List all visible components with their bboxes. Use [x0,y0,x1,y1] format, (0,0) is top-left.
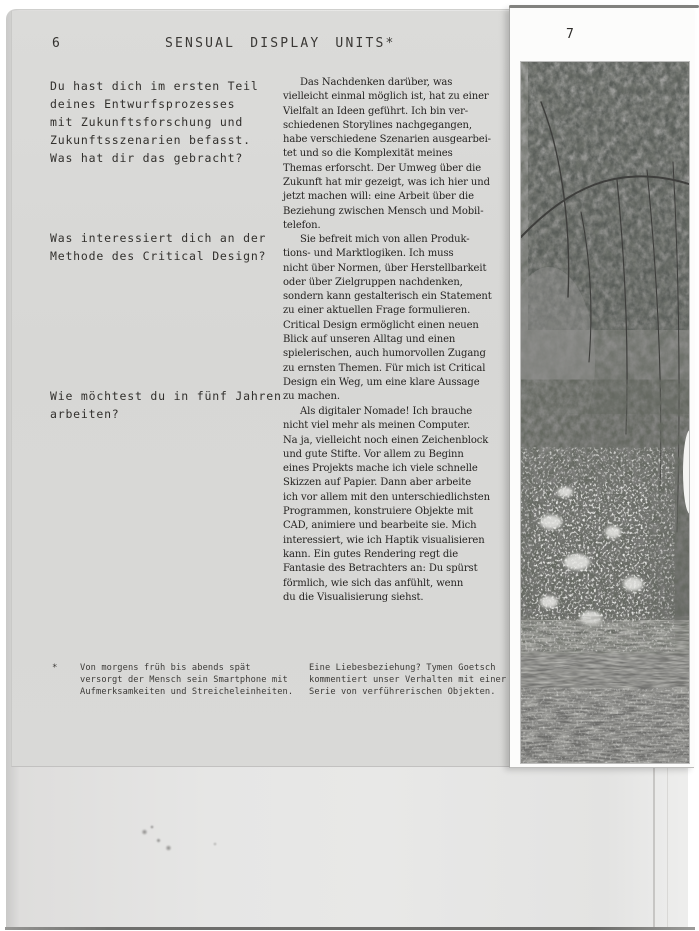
footnote-right: Eine Liebesbeziehung? Tymen Goetsch komm… [309,663,534,698]
page-number-left: 6 [52,36,61,51]
interview-answer-2: Sie befreit mich von allen Produk- tions… [283,233,545,405]
interview-question-2: Was interessiert dich an der Methode des… [50,229,302,265]
scan-smudge [156,838,161,843]
footnote-marker: * [52,663,58,675]
right-page: 7 [509,7,694,768]
page-title: SENSUAL DISPLAY UNITS* [165,36,396,51]
nature-photo [521,62,689,763]
scan-smudge [213,842,217,846]
scan-smudge [141,829,148,835]
page-number-right: 7 [566,27,574,42]
left-page: 6 SENSUAL DISPLAY UNITS* Du hast dich im… [11,11,516,767]
interview-question-1: Du hast dich im ersten Teil deines Entwu… [50,77,302,167]
page-bottom-edge [5,927,695,930]
footnote-left: Von morgens früh bis abends spät versorg… [80,663,310,698]
scanned-book-spread: 6 SENSUAL DISPLAY UNITS* Du hast dich im… [0,0,699,931]
scan-smudge [150,825,154,829]
page-top-edge [509,5,699,8]
page-edge-line [653,766,655,927]
page-edge-line [667,766,668,927]
interview-answer-3: Als digitaler Nomade! Ich brauche nicht … [283,405,545,605]
scan-smudge [165,845,172,851]
interview-answer-1: Das Nachdenken darüber, was vielleicht e… [283,76,545,233]
interview-question-3: Wie möchtest du in fünf Jahren arbeiten? [50,387,302,423]
